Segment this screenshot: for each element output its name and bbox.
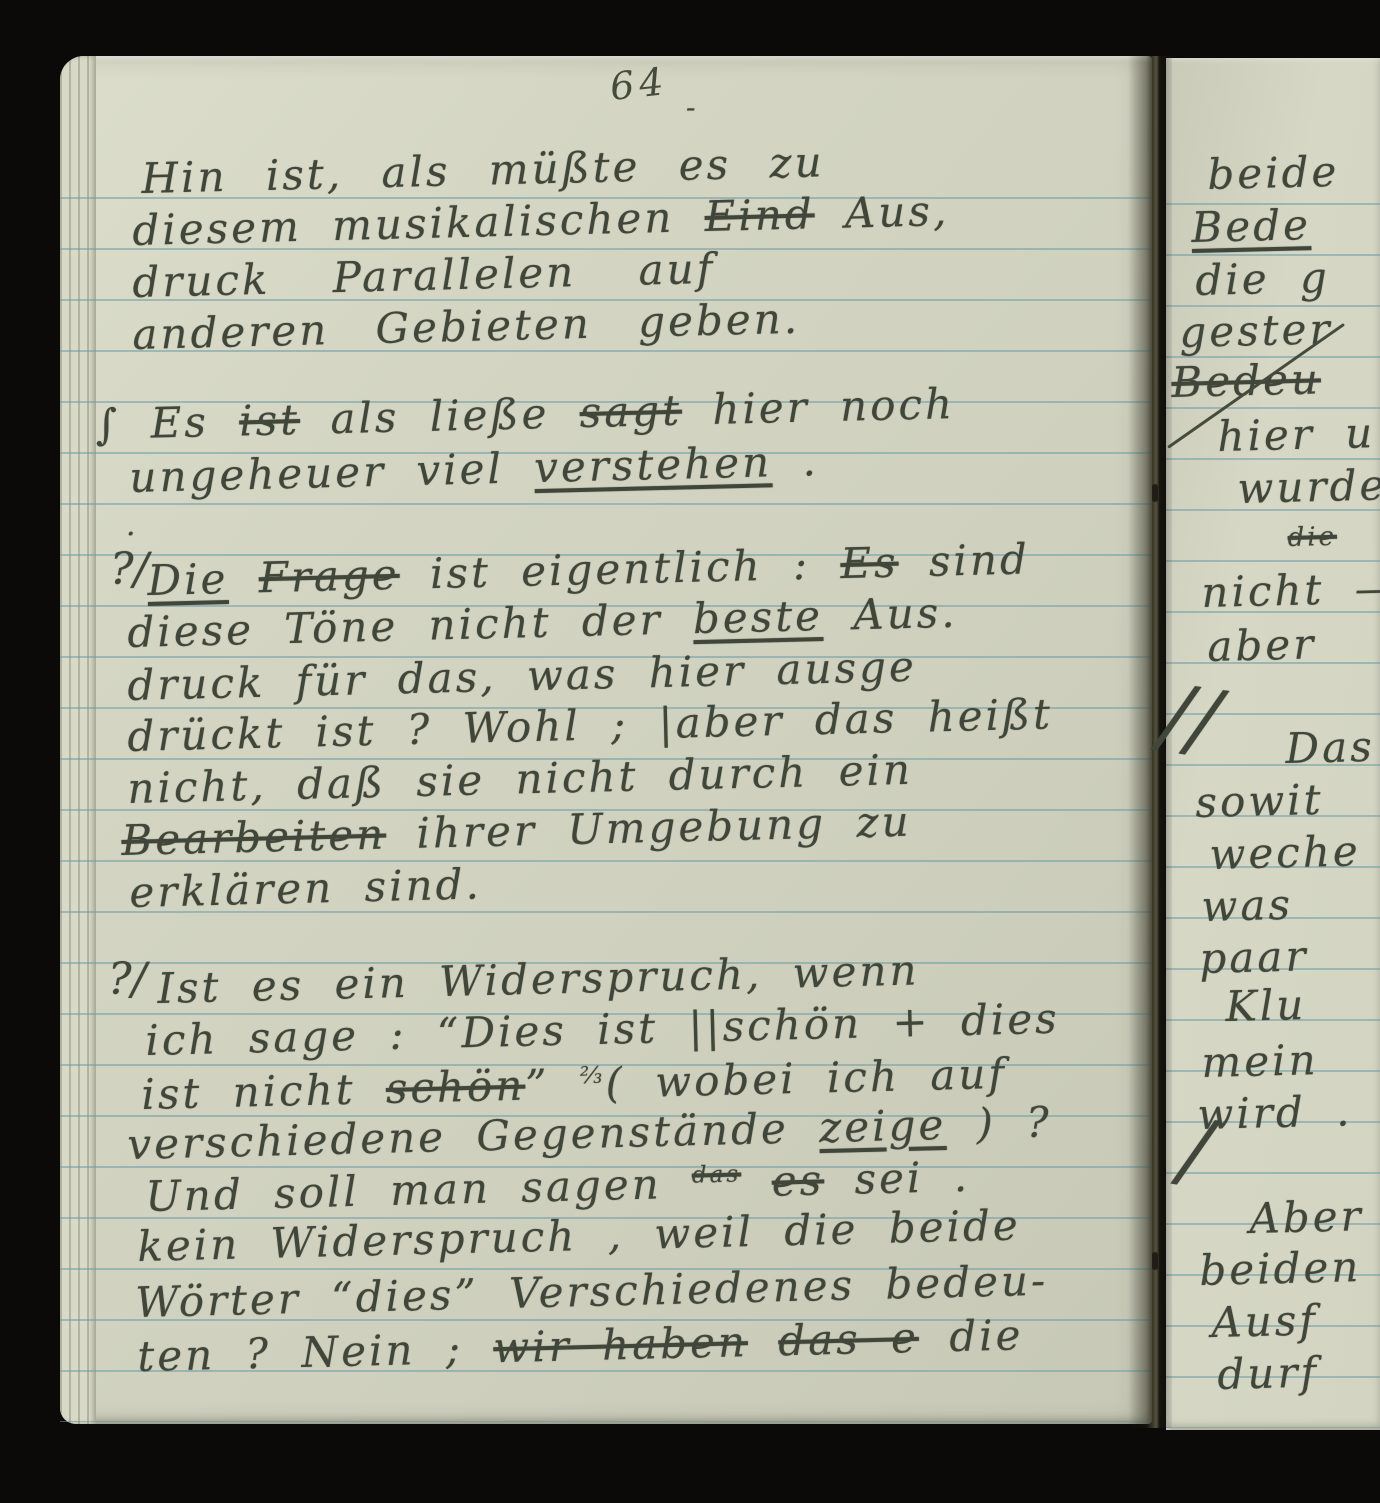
handwritten-text: sei . <box>824 1152 971 1205</box>
handwritten-text: hier noch <box>681 379 955 435</box>
handwritten-line: weche <box>1209 828 1361 878</box>
handwritten-text: Die <box>147 554 229 605</box>
handwritten-line: mein <box>1201 1037 1319 1086</box>
handwritten-line: wird . <box>1197 1088 1353 1138</box>
handwritten-text: erklären sind. <box>129 859 483 917</box>
handwritten-line: erklären sind. <box>129 861 482 916</box>
handwritten-text: Frage <box>258 550 400 602</box>
handwritten-text: ungeheuer viel <box>129 443 535 502</box>
handwritten-line: Bede <box>1191 202 1312 251</box>
handwritten-line: ∫ Es ist als ließe sagt hier noch <box>95 381 956 448</box>
handwritten-line: was <box>1201 882 1294 930</box>
handwritten-text: Aus. <box>822 588 958 640</box>
handwritten-text: Klu <box>1225 980 1307 1031</box>
handwritten-text: Das <box>1285 722 1375 773</box>
handwritten-text: beiden <box>1199 1242 1362 1295</box>
handwritten-text: Eind <box>704 189 815 241</box>
handwritten-text: sagt <box>579 386 683 437</box>
handwritten-text: Aus, <box>814 186 950 238</box>
handwritten-text: wurde <box>1237 460 1380 513</box>
handwritten-text: paar <box>1199 931 1309 983</box>
handwritten-line: hier u <box>1217 410 1376 460</box>
handwritten-text: mein <box>1201 1035 1319 1087</box>
handwritten-line: beide <box>1207 149 1340 198</box>
handwritten-line: Bedeu <box>1171 356 1322 406</box>
handwritten-line: Das <box>1285 724 1375 772</box>
handwritten-text: sowit <box>1195 775 1324 827</box>
handwritten-text: sind <box>898 534 1030 586</box>
handwritten-text: ihrer Umgebung zu <box>386 797 913 859</box>
handwritten-text: hier u <box>1217 408 1376 461</box>
margin-mark: ?/ <box>110 548 148 592</box>
handwritten-text: Ausf <box>1211 1295 1319 1347</box>
handwritten-line: Ausf <box>1211 1297 1319 1346</box>
handwritten-text: durf <box>1217 1348 1320 1399</box>
handwritten-text: diese Töne nicht der <box>127 594 694 657</box>
handwriting-layer: Hin ist, als müßte es zudiesem musikalis… <box>0 0 1380 1503</box>
handwritten-text: es <box>771 1155 825 1205</box>
handwritten-text: ⅔ <box>580 1063 606 1090</box>
handwritten-text: beste <box>692 591 823 643</box>
handwritten-line: ungeheuer viel verstehen . <box>129 438 819 501</box>
handwritten-text <box>747 1316 779 1366</box>
handwritten-text: ist eigentlich : <box>399 539 841 599</box>
handwritten-text: die <box>918 1310 1024 1362</box>
handwritten-text: die g <box>1195 253 1331 305</box>
handwritten-text: aber <box>1207 619 1317 671</box>
handwritten-text: Bede <box>1191 200 1312 252</box>
handwritten-text: ten ? Nein ; <box>137 1323 494 1381</box>
handwritten-text: nicht — <box>1201 563 1380 617</box>
handwritten-line: anderen Gebieten geben. <box>132 296 801 358</box>
handwritten-text: schön <box>385 1061 526 1113</box>
handwritten-text: ” <box>525 1059 581 1109</box>
handwritten-line: die g <box>1195 255 1331 304</box>
handwritten-line: die <box>1287 523 1337 553</box>
margin-mark: - <box>686 94 695 122</box>
handwritten-text: ) ? <box>946 1097 1053 1149</box>
notebook-scan: 64 Hin ist, als müßte es zudiesem musika… <box>0 0 1380 1503</box>
handwritten-text: ∫ Es <box>95 397 240 449</box>
handwritten-text: Es <box>840 538 899 588</box>
handwritten-text: das e <box>778 1313 920 1365</box>
handwritten-line: Klu <box>1225 982 1307 1030</box>
handwritten-text: ( wobei ich auf <box>605 1049 1008 1108</box>
handwritten-text: beide <box>1207 147 1340 199</box>
handwritten-text <box>741 1157 773 1207</box>
handwritten-line: durf <box>1217 1350 1320 1399</box>
handwritten-text: das <box>692 1161 742 1188</box>
handwritten-line: Aber <box>1249 1193 1364 1242</box>
handwritten-line: beiden <box>1199 1244 1362 1294</box>
handwritten-text: ist <box>239 395 301 445</box>
handwritten-text: ist nicht <box>141 1064 387 1119</box>
handwritten-text: . <box>771 436 819 486</box>
handwritten-text: Bedeu <box>1171 354 1322 407</box>
handwritten-text: zeige <box>819 1100 947 1152</box>
handwritten-text <box>228 553 260 603</box>
handwritten-text: Bearbeiten <box>121 810 387 865</box>
handwritten-line: nicht — <box>1201 565 1380 616</box>
handwritten-text: Aber <box>1249 1191 1364 1243</box>
handwritten-text: was <box>1201 880 1294 931</box>
handwritten-text: die <box>1287 522 1337 553</box>
handwritten-text: wird . <box>1197 1086 1353 1139</box>
margin-mark: ?/ <box>108 958 146 1002</box>
handwritten-text: verstehen <box>534 437 773 492</box>
handwritten-text: wir haben <box>493 1317 749 1372</box>
handwritten-line: wurde <box>1237 462 1380 512</box>
margin-mark: // <box>1156 672 1224 763</box>
handwritten-text: als ließe <box>299 388 580 444</box>
handwritten-line: sowit <box>1195 777 1324 826</box>
handwritten-line: aber <box>1207 621 1317 670</box>
handwritten-line: paar <box>1199 933 1309 982</box>
margin-mark: / <box>1176 1106 1216 1193</box>
handwritten-text: weche <box>1209 826 1361 879</box>
